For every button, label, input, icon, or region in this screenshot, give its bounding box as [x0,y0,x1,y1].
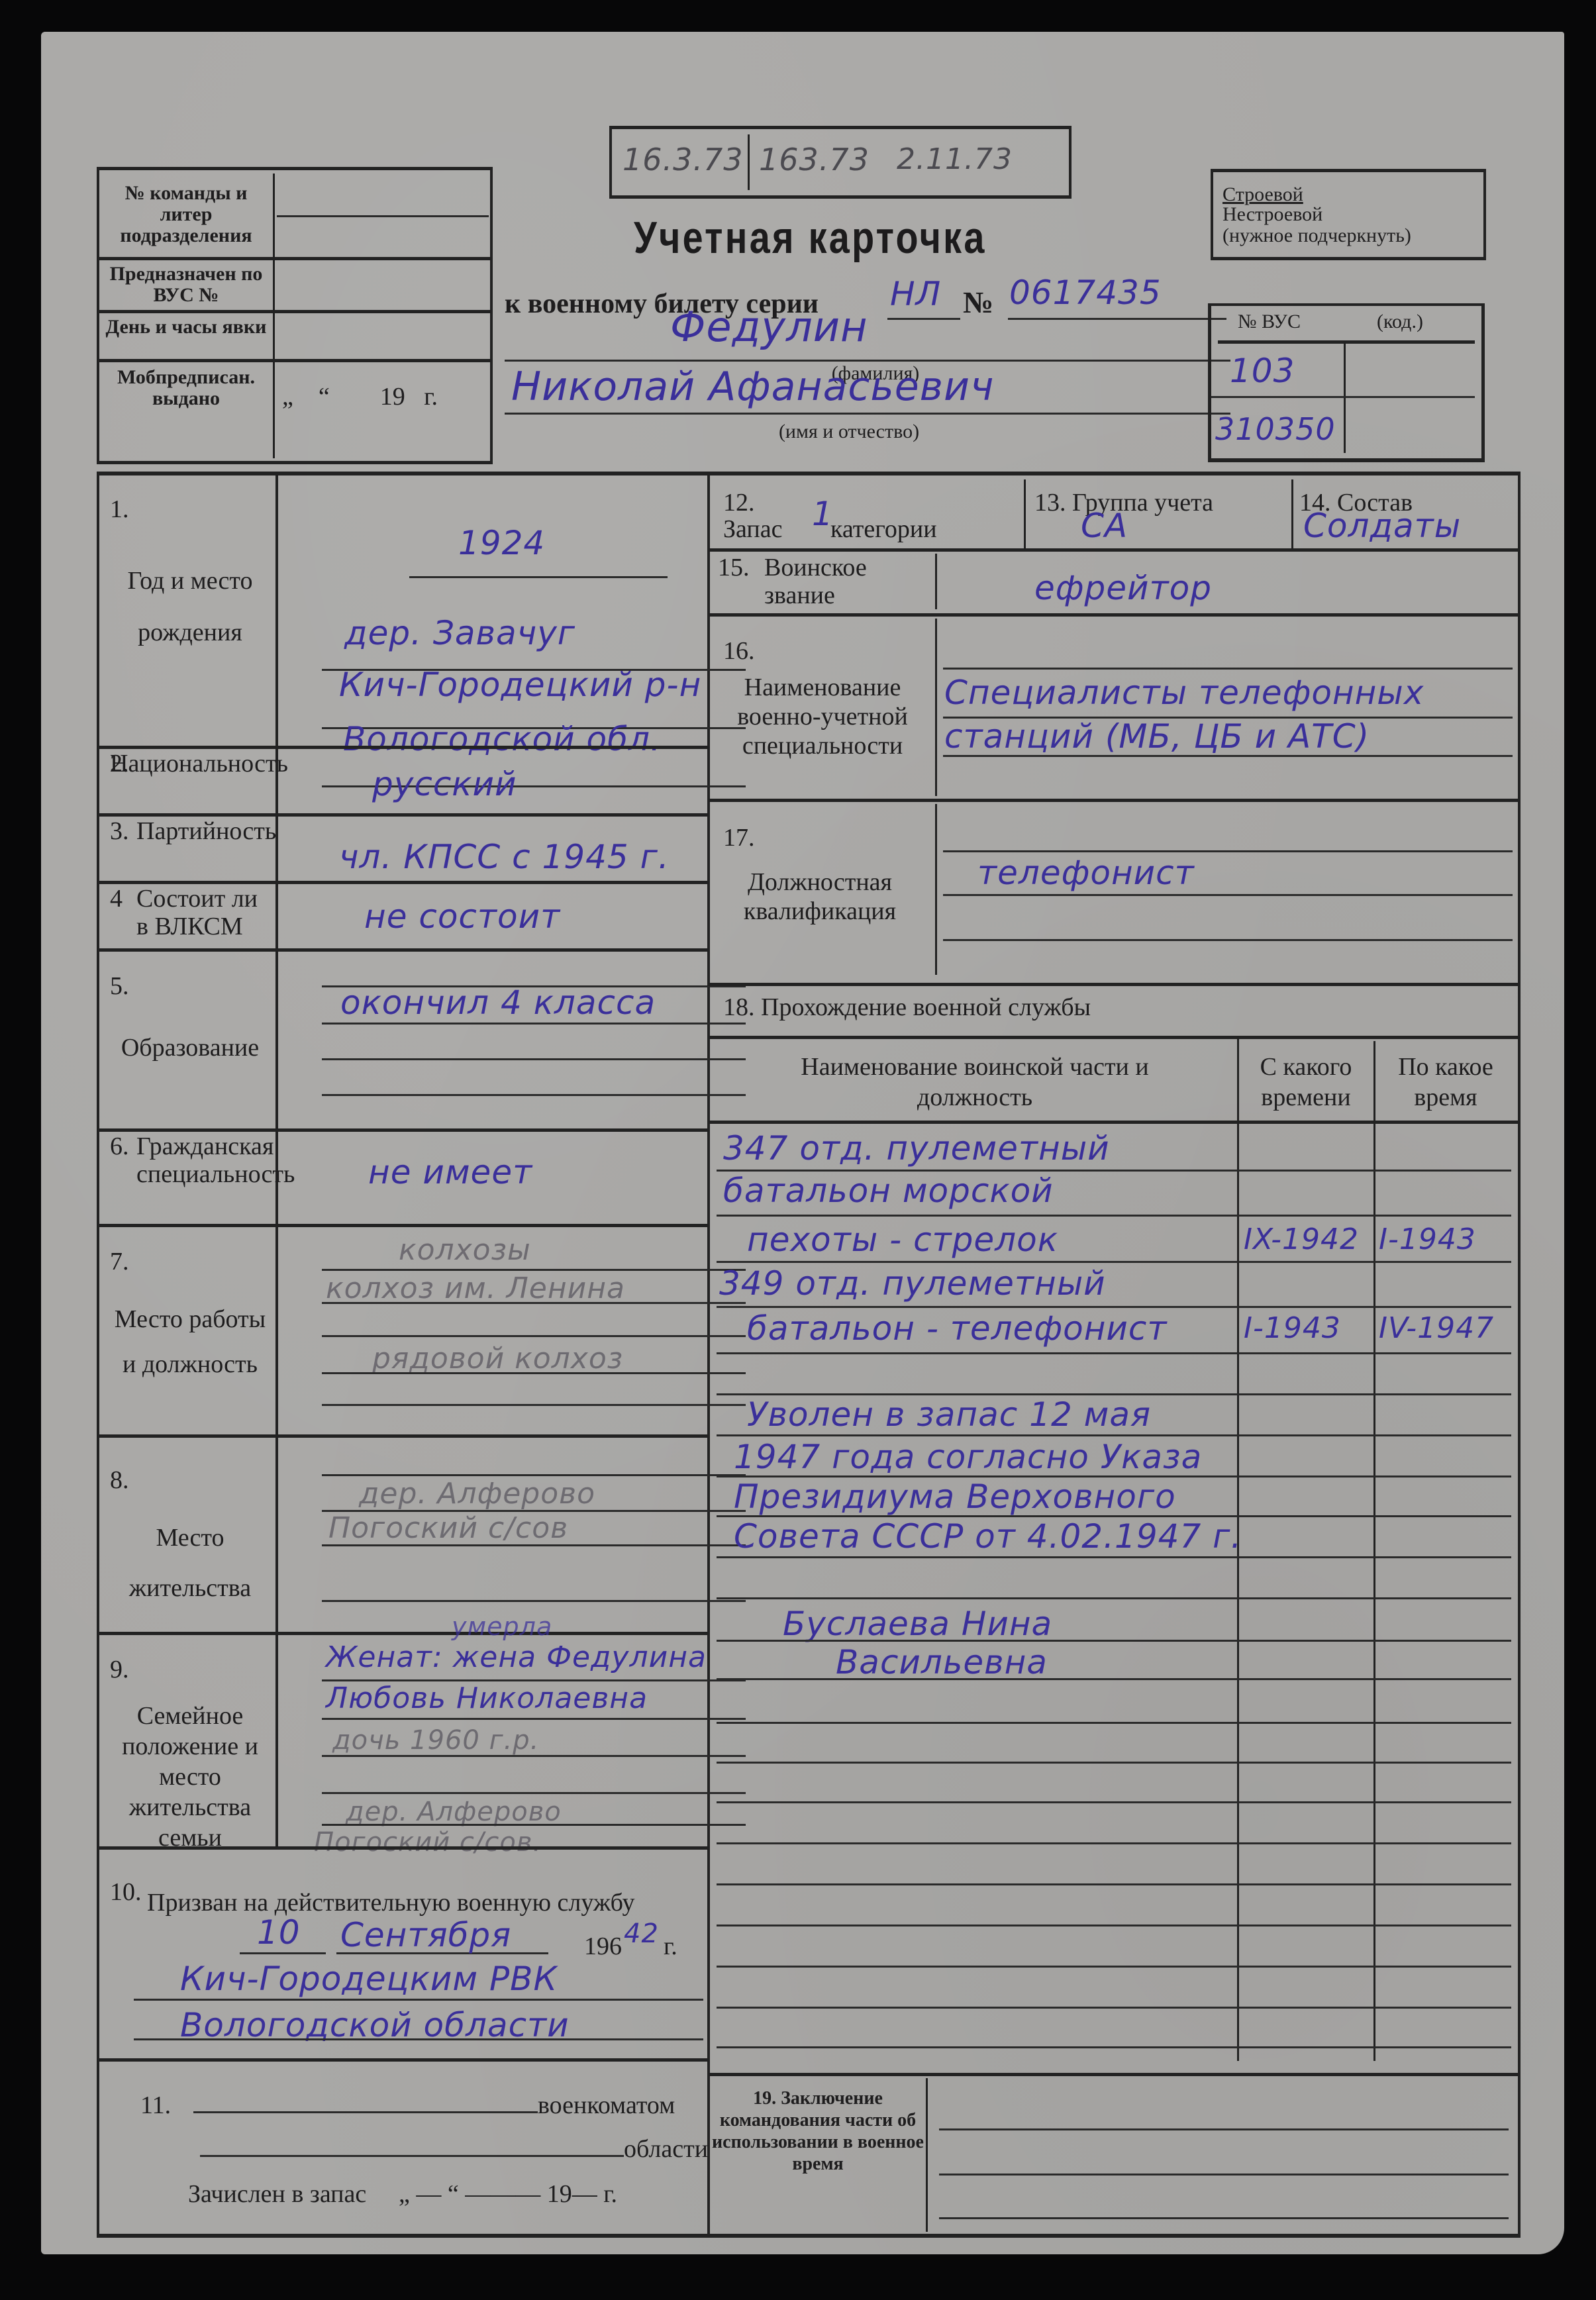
col-from-header: С какого времени [1241,1052,1371,1113]
reserve-enrollment-date: „ — “ ——— 19— г. [399,2180,617,2208]
vus-value-1: 103 [1230,352,1295,389]
field-6-label: Гражданская специальность [136,1132,275,1188]
field-7-label: Место работы и должность [114,1297,266,1387]
residence-2: Погоский с/сов [328,1510,568,1547]
field-9-label: Семейное положение и место жительства се… [114,1701,266,1853]
vus-value-2: 310350 [1215,411,1336,448]
military-specialty-2: станций (МБ, ЦБ и АТС) [944,718,1370,755]
field-10-num: 10. [110,1878,142,1906]
residence-1: дер. Алферово [359,1475,595,1513]
field-12-label-b: категории [830,515,937,543]
conscription-year-suffix: 42 [624,1915,659,1952]
mob-order-date: „ “ 19 г. [282,383,487,411]
field-19-label: 19. Заключение командования части об исп… [711,2087,924,2175]
field-6-num: 6. [110,1132,129,1160]
military-specialty-1: Специалисты телефонных [944,674,1424,711]
field-1-label: Год и место рождения [114,555,266,658]
field-8-num: 8. [110,1466,129,1494]
surname: Федулин [670,309,868,346]
field-1-num: 1. [110,495,129,523]
drill-status-box: Строевой Нестроевой (нужное подчеркнуть) [1211,169,1486,260]
report-time-label: День и часы явки [102,317,270,338]
family-child: дочь 1960 г.р. [332,1722,539,1759]
conscription-year-end: г. [664,1932,677,1960]
archive-stamp-2: 163.73 [759,141,870,178]
birth-year: 1924 [458,525,545,562]
service-from: I-1943 [1244,1310,1341,1347]
field-3-num: 3. [110,817,129,845]
military-rank: ефрейтор [1034,570,1212,607]
field-9-num: 9. [110,1656,129,1683]
vus-header: № ВУС [1238,311,1301,332]
field-5-label: Образование [114,1023,266,1073]
command-number-label: № команды и литер подразделения [102,183,270,246]
field-4-label: Состоит ли в ВЛКСМ [136,885,275,940]
birth-place-1: дер. Завачуг [344,615,575,652]
vus-assigned-label: Предназначен по ВУС № [102,264,270,306]
family-status-1: Женат: жена Федулина Любовь Николаевна [326,1637,750,1719]
birth-place-3: Вологодской обл. [343,721,662,758]
registration-card: 16.3.73 163.73 2.11.73 № команды и литер… [41,32,1564,2254]
field-5-num: 5. [110,972,129,1000]
service-to: I-1943 [1379,1221,1476,1258]
col-unit-header: Наименование воинской части и должность [756,1052,1193,1113]
col-to-header: По какое время [1376,1052,1515,1113]
civil-specialty: не имеет [368,1154,532,1191]
conscription-month: Сентября [340,1917,511,1954]
drill-status-line1: Строевой [1222,184,1303,205]
drill-status-line2: Нестроевой [1222,204,1322,225]
ticket-series: НЛ [890,275,941,313]
ticket-number: 0617435 [1009,274,1162,311]
personnel-composition: Солдаты [1303,507,1461,544]
mob-order-label: Мобпредписан. выдано [102,367,270,409]
archive-stamp-1: 16.3.73 [623,141,744,178]
field-12-label-a: Запас [723,515,782,543]
field-11-num: 11. [140,2091,171,2119]
field-15-num: 15. [718,554,750,581]
field-17-num: 17. [723,824,755,852]
field-12-num: 12. [723,489,755,517]
conscription-day: 10 [257,1914,301,1951]
work-place-1: колхозы [399,1232,531,1269]
conscription-office-1: Кич-Городецким РВК [180,1960,558,1997]
name-caption: (имя и отчество) [743,421,955,442]
vus-code-header: (код.) [1377,311,1423,332]
drill-status-note: (нужное подчеркнуть) [1222,225,1411,246]
accounting-group: СА [1081,507,1128,544]
birth-place-2: Кич-Городецкий р-н [339,666,701,703]
oblasti-label: области [624,2135,708,2163]
vus-box: № ВУС (код.) 103 310350 [1208,303,1485,462]
page-title: Учетная карточка [634,212,987,264]
field-16-num: 16. [723,637,755,665]
voenkomat-label: военкоматом [538,2091,675,2119]
field-15-label: Воинское звание [764,554,930,609]
field-18-title: 18. Прохождение военной службы [723,993,1091,1021]
field-8-label: Место жительства [114,1513,266,1613]
archive-stamp-box: 16.3.73 163.73 2.11.73 [609,126,1072,199]
service-to: IV-1947 [1379,1310,1494,1347]
family-residence-2: Погоский с/сов. [314,1824,542,1861]
conscription-year-prefix: 196 [584,1932,622,1960]
field-17-label: Должностная квалификация [714,868,926,926]
service-from: IX-1942 [1244,1221,1359,1258]
komsomol-status: не состоит [364,898,560,935]
field-7-num: 7. [110,1248,129,1275]
ticket-number-sign: № [963,289,993,317]
archive-stamp-3: 2.11.73 [897,141,1013,178]
party-membership: чл. КПСС с 1945 г. [339,838,670,875]
field-4-num: 4 [110,885,123,913]
education: окончил 4 класса [340,984,656,1021]
name-patronymic: Николай Афанасьевич [511,368,994,405]
field-2-num: 2. [110,750,129,777]
field-16-label: Наименование военно-учетной специальност… [711,673,934,760]
nationality: русский [372,766,517,803]
position-qualification: телефонист [977,854,1195,891]
field-3-label: Партийность [136,817,275,845]
reserve-enrollment-label: Зачислен в запас [188,2180,366,2208]
field-2-label: Национальность [110,750,275,777]
